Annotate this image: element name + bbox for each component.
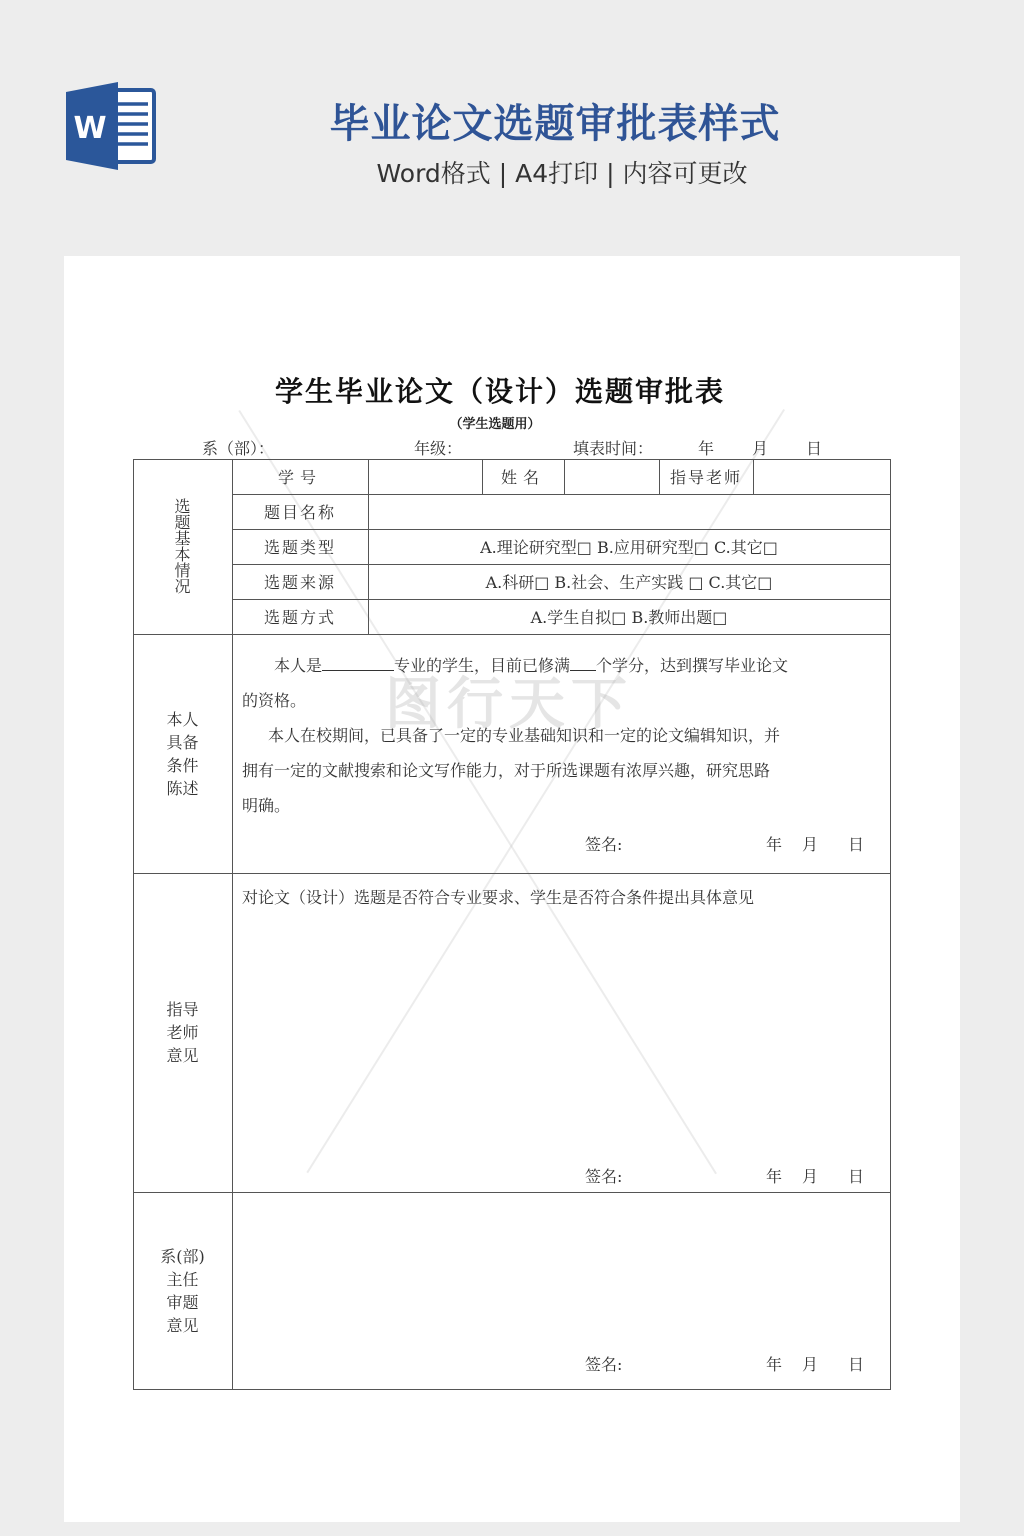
advisor-sign-day: 日: [848, 1164, 864, 1187]
credits-blank[interactable]: [570, 654, 596, 671]
header-subtitle: Word格式 | A4打印 | 内容可更改: [0, 154, 1024, 190]
advisor-opinion-section-label: 指导 老师 意见: [133, 873, 232, 1192]
name-label: 姓名: [482, 459, 564, 494]
topic-type-label: 选题类型: [232, 529, 368, 564]
topic-source-options[interactable]: A.科研□ B.社会、生产实践 □ C.其它□: [368, 564, 890, 599]
statement-section-label: 本人 具备 条件 陈述: [133, 634, 232, 873]
statement-sign-day: 日: [848, 832, 864, 855]
header-title: 毕业论文选题审批表样式: [0, 92, 1024, 149]
statement-sign-year: 年: [766, 832, 782, 855]
major-blank[interactable]: [322, 654, 394, 671]
topic-method-label: 选题方式: [232, 599, 368, 634]
topic-name-label: 题目名称: [232, 494, 368, 529]
topic-method-options[interactable]: A.学生自拟□ B.教师出题□: [368, 599, 890, 634]
advisor-field[interactable]: [753, 459, 890, 494]
dept-sign-month: 月: [802, 1352, 818, 1375]
dept-sign-year: 年: [766, 1352, 782, 1375]
statement-paragraph-2: 本人在校期间，已具备了一定的专业基础知识和一定的论文编辑知识，并 拥有一定的文献…: [242, 718, 842, 823]
statement-sign-month: 月: [802, 832, 818, 855]
dept-sign-label: 签名:: [585, 1352, 622, 1375]
fill-year: 年: [698, 436, 714, 459]
advisor-sign-year: 年: [766, 1164, 782, 1187]
advisor-label: 指导老师: [659, 459, 753, 494]
dept-opinion-section-label: 系(部) 主任 审题 意见: [133, 1192, 232, 1389]
grade-label: 年级：: [414, 436, 462, 459]
fill-date-label: 填表时间：: [573, 436, 653, 459]
student-id-label: 学号: [232, 459, 368, 494]
name-field[interactable]: [564, 459, 659, 494]
advisor-sign-month: 月: [802, 1164, 818, 1187]
student-id-field[interactable]: [368, 459, 482, 494]
fill-day: 日: [806, 436, 822, 459]
topic-type-options[interactable]: A.理论研究型□ B.应用研究型□ C.其它□: [368, 529, 890, 564]
statement-sign-label: 签名:: [585, 832, 622, 855]
basic-info-section-label: 选 题 基 本 情 况: [133, 459, 232, 634]
document-subtitle: （学生选题用）: [0, 413, 990, 432]
document-title: 学生毕业论文（设计）选题审批表: [0, 370, 1000, 410]
dept-opinion-field[interactable]: [233, 1195, 890, 1340]
statement-paragraph-1: 本人是专业的学生，目前已修满个学分，达到撰写毕业论文 的资格。: [242, 648, 842, 718]
advisor-sign-label: 签名:: [585, 1164, 622, 1187]
fill-month: 月: [752, 436, 768, 459]
advisor-opinion-field[interactable]: [233, 915, 890, 1155]
topic-source-label: 选题来源: [232, 564, 368, 599]
topic-name-field[interactable]: [368, 494, 890, 529]
advisor-opinion-instruction: 对论文（设计）选题是否符合专业要求、学生是否符合条件提出具体意见: [242, 880, 842, 915]
department-label: 系（部）：: [202, 436, 274, 459]
dept-sign-day: 日: [848, 1352, 864, 1375]
